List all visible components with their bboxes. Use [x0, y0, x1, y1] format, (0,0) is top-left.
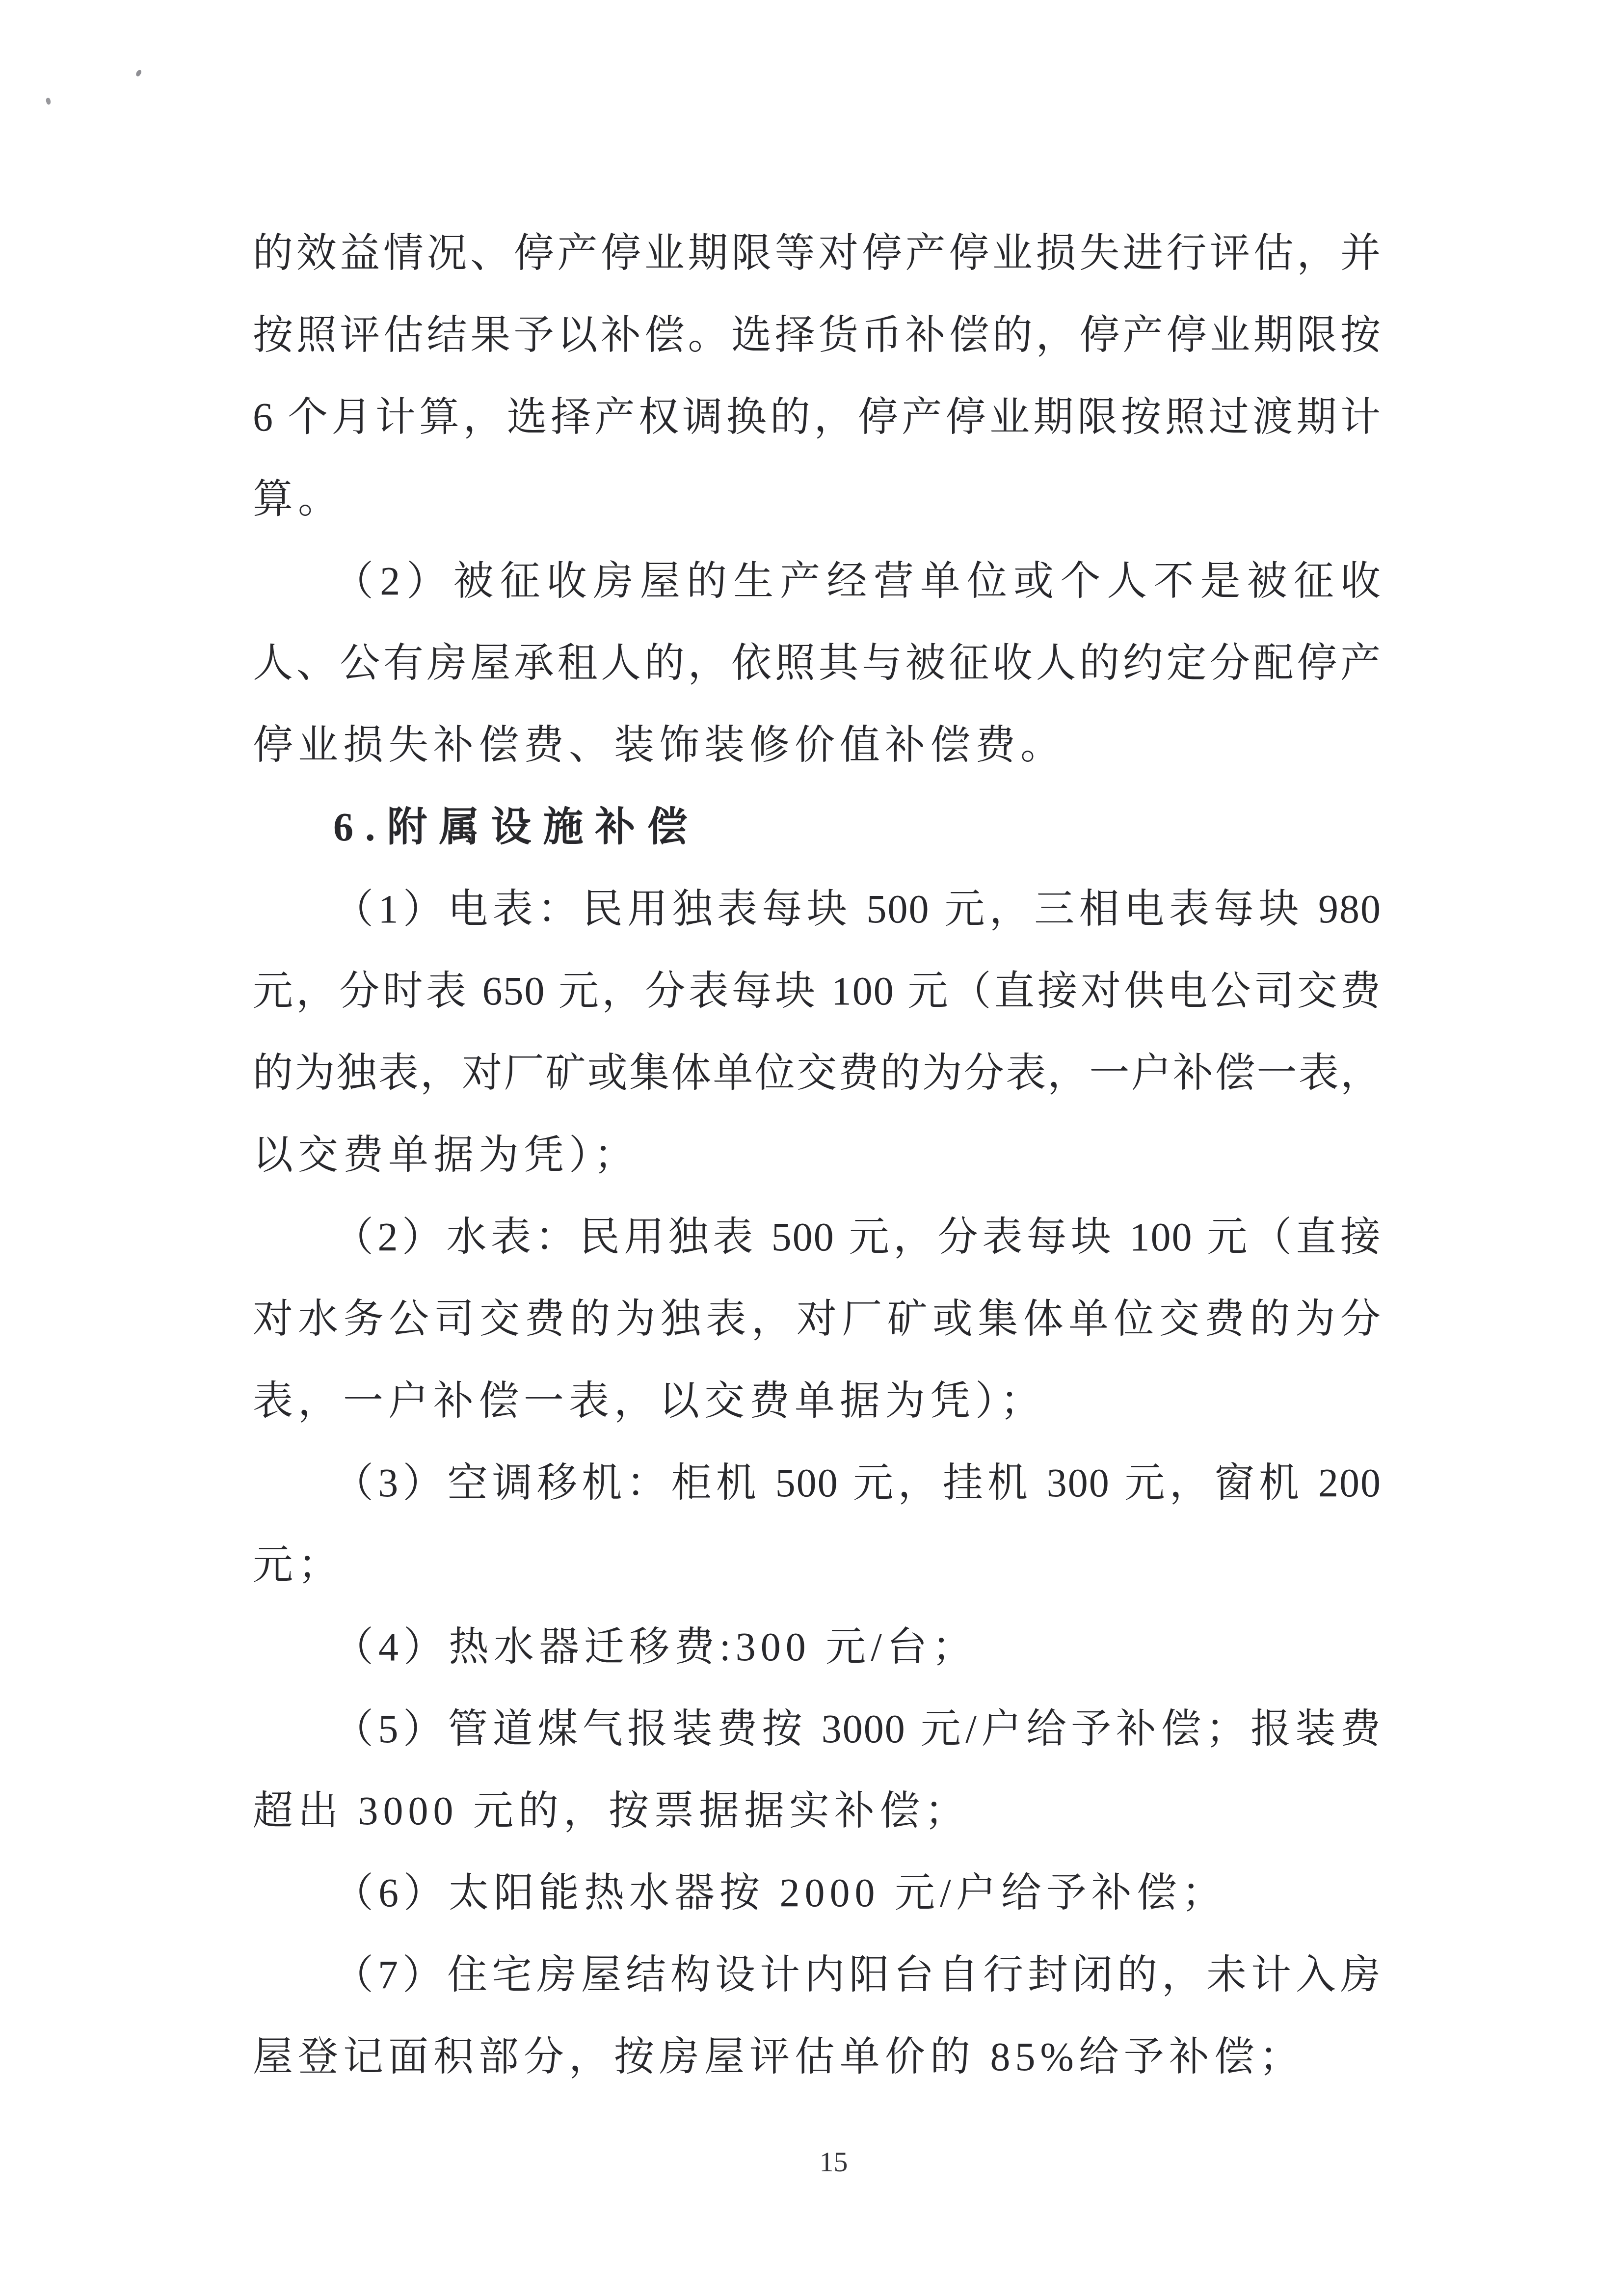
scanned-document-page: 的效益情况、停产停业期限等对停产停业损失进行评估，并 按照评估结果予以补偿。选择…: [0, 0, 1623, 2296]
doc-line-3: 6 个月计算，选择产权调换的，停产停业期限按照过渡期计: [253, 376, 1382, 458]
doc-line-12: 以交费单据为凭）；: [253, 1114, 1382, 1196]
doc-line-9: （1）电表：民用独表每块 500 元，三相电表每块 980: [253, 868, 1382, 950]
doc-line-15: 表，一户补偿一表，以交费单据为凭）；: [253, 1360, 1382, 1442]
doc-line-16: （3）空调移机：柜机 500 元，挂机 300 元，窗机 200: [253, 1442, 1382, 1524]
doc-line-19: （5）管道煤气报装费按 3000 元/户给予补偿；报装费: [253, 1688, 1382, 1770]
doc-line-6: 人、公有房屋承租人的，依照其与被征收人的约定分配停产: [253, 622, 1382, 704]
doc-line-5: （2）被征收房屋的生产经营单位或个人不是被征收: [253, 540, 1382, 622]
doc-line-10: 元，分时表 650 元，分表每块 100 元（直接对供电公司交费: [253, 950, 1382, 1032]
doc-line-4: 算。: [253, 458, 1382, 540]
doc-line-1: 的效益情况、停产停业期限等对停产停业损失进行评估，并: [253, 212, 1382, 294]
doc-line-22: （7）住宅房屋结构设计内阳台自行封闭的，未计入房: [253, 1934, 1382, 2016]
doc-line-20: 超出 3000 元的，按票据据实补偿；: [253, 1770, 1382, 1852]
section-heading: 6.附属设施补偿: [253, 786, 1382, 868]
scan-speck: [135, 69, 142, 77]
doc-line-11: 的为独表，对厂矿或集体单位交费的为分表，一户补偿一表，: [253, 1032, 1382, 1114]
screenshot-root: { "colors": { "ink": "#28282c", "paper":…: [0, 0, 1623, 2296]
doc-line-23: 屋登记面积部分，按房屋评估单价的 85%给予补偿；: [253, 2016, 1382, 2098]
doc-line-17: 元；: [253, 1524, 1382, 1606]
doc-line-18: （4）热水器迁移费:300 元/台；: [253, 1606, 1382, 1688]
scan-speck: [46, 97, 52, 105]
doc-line-7: 停业损失补偿费、装饰装修价值补偿费。: [253, 704, 1382, 786]
doc-line-13: （2）水表：民用独表 500 元，分表每块 100 元（直接: [253, 1196, 1382, 1278]
doc-line-2: 按照评估结果予以补偿。选择货币补偿的，停产停业期限按: [253, 294, 1382, 376]
text-block: 的效益情况、停产停业期限等对停产停业损失进行评估，并 按照评估结果予以补偿。选择…: [253, 212, 1382, 2098]
page-number: 15: [22, 2146, 1623, 2178]
doc-line-14: 对水务公司交费的为独表，对厂矿或集体单位交费的为分: [253, 1278, 1382, 1360]
doc-line-21: （6）太阳能热水器按 2000 元/户给予补偿；: [253, 1852, 1382, 1934]
